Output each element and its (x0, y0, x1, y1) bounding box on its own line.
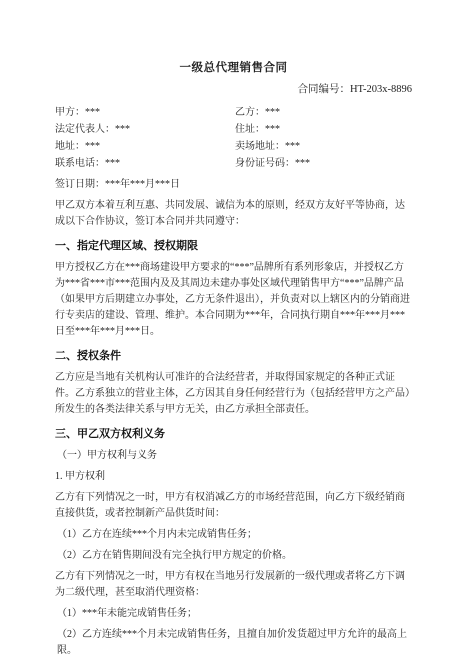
section-3-paragraph-b: 乙方有下列情况之一时，甲方有权在当地另行发展新的一级代理或者将乙方下调为二级代理… (55, 569, 412, 601)
section-3-list-a-item-2: （2）乙方在销售期间没有完全执行甲方规定的价格。 (55, 548, 412, 564)
section-3-list-b-item-2: （2）乙方连续***个月未完成销售任务，且擅自加价发货超过甲方允许的最高上限。 (55, 627, 412, 655)
party-info-block: 甲方：*** 乙方：*** 法定代表人：*** 住址：*** 地址：*** 卖场… (55, 104, 412, 172)
contract-number-line: 合同编号：HT-203x-8896 (55, 82, 412, 98)
party-a-address: 地址：*** (55, 138, 235, 155)
party-b-name: 乙方：*** (235, 104, 412, 121)
preamble-paragraph: 甲乙双方本着互利互惠、共同发展、诚信为本的原则，经双方友好平等协商，达成以下合作… (55, 198, 412, 230)
party-b-store-address: 卖场地址：*** (235, 138, 412, 155)
section-1-heading: 一、指定代理区域、授权期限 (55, 238, 412, 255)
section-2-paragraph: 乙方应是当地有关机构认可准许的合法经营者，并取得国家规定的各种正式证件。乙方系独… (55, 370, 412, 418)
party-a-legal-rep: 法定代表人：*** (55, 121, 235, 138)
section-2-heading: 二、授权条件 (55, 348, 412, 365)
section-3-clause-heading: 1. 甲方权利 (55, 469, 412, 485)
contract-document-page: 一级总代理销售合同 合同编号：HT-203x-8896 甲方：*** 乙方：**… (0, 0, 463, 655)
party-row: 甲方：*** 乙方：*** (55, 104, 412, 121)
sign-date: 签订日期：***年***月***日 (55, 177, 412, 193)
party-a-phone: 联系电话：*** (55, 155, 235, 172)
party-a-name: 甲方：*** (55, 104, 235, 121)
contract-number-label: 合同编号： (297, 84, 350, 95)
section-1-paragraph: 甲方授权乙方在***商场建设甲方要求的“***”品牌所有系列形象店，并授权乙方为… (55, 260, 412, 340)
section-3-heading: 三、甲乙双方权利义务 (55, 426, 412, 443)
party-b-residence: 住址：*** (235, 121, 412, 138)
party-row: 法定代表人：*** 住址：*** (55, 121, 412, 138)
page-title: 一级总代理销售合同 (55, 60, 412, 76)
section-3-paragraph-a: 乙方有下列情况之一时，甲方有权消减乙方的市场经营范围，向乙方下级经销商直接供货，… (55, 490, 412, 522)
section-3-list-b-item-1: （1）***年未能完成销售任务； (55, 606, 412, 622)
contract-number-value: HT-203x-8896 (350, 84, 412, 95)
section-3-list-a-item-1: （1）乙方在连续***个月内未完成销售任务； (55, 527, 412, 543)
party-row: 联系电话：*** 身份证号码：*** (55, 155, 412, 172)
section-3-sub-heading: （一）甲方权利与义务 (55, 448, 412, 464)
party-b-id-number: 身份证号码：*** (235, 155, 412, 172)
party-row: 地址：*** 卖场地址：*** (55, 138, 412, 155)
